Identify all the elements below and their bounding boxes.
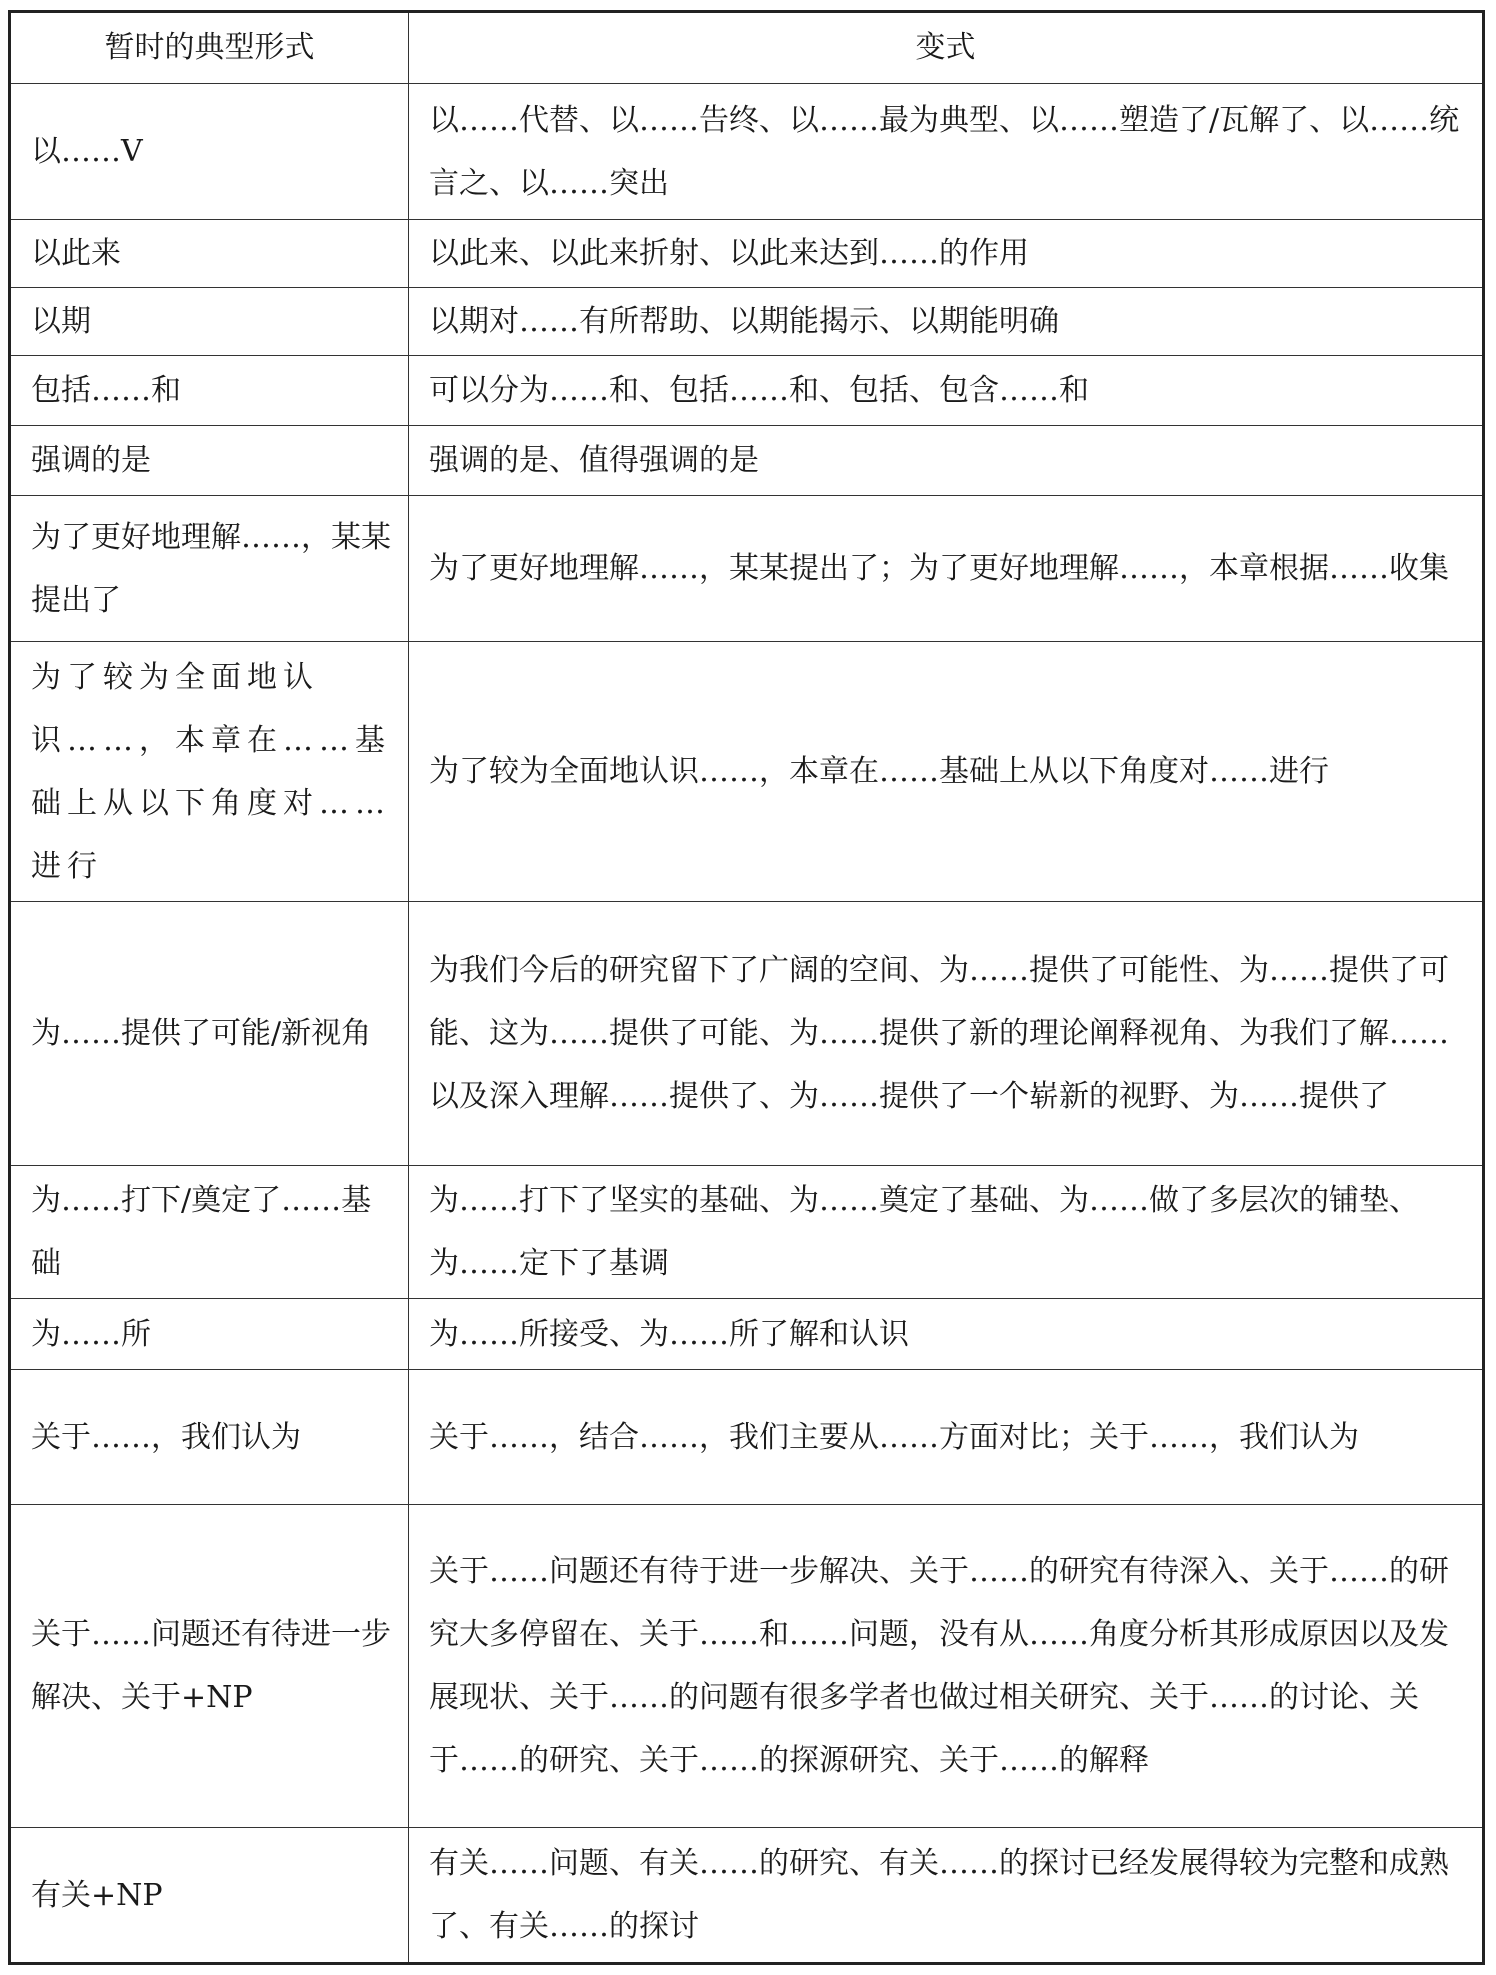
variants-cell: 为……打下了坚实的基础、为……奠定了基础、为……做了多层次的铺垫、为……定下了基… [409, 1166, 1484, 1299]
table-row: 强调的是 强调的是、值得强调的是 [10, 426, 1484, 496]
typical-form-cell: 关于……问题还有待进一步解决、关于+NP [10, 1505, 409, 1828]
variants-cell: 以……代替、以……告终、以……最为典型、以……塑造了/瓦解了、以……统言之、以…… [409, 84, 1484, 220]
typical-form-cell: 以此来 [10, 220, 409, 288]
variants-cell: 以期对……有所帮助、以期能揭示、以期能明确 [409, 288, 1484, 356]
typical-form-cell: 以……V [10, 84, 409, 220]
header-variants: 变式 [409, 12, 1484, 84]
typical-form-cell: 为……提供了可能/新视角 [10, 902, 409, 1166]
table-row: 以……V 以……代替、以……告终、以……最为典型、以……塑造了/瓦解了、以……统… [10, 84, 1484, 220]
variants-cell: 关于……问题还有待于进一步解决、关于……的研究有待深入、关于……的研究大多停留在… [409, 1505, 1484, 1828]
variants-cell: 关于……，结合……，我们主要从……方面对比；关于……，我们认为 [409, 1370, 1484, 1505]
variants-cell: 强调的是、值得强调的是 [409, 426, 1484, 496]
table-header-row: 暂时的典型形式 变式 [10, 12, 1484, 84]
variants-cell: 以此来、以此来折射、以此来达到……的作用 [409, 220, 1484, 288]
table-row: 包括……和 可以分为……和、包括……和、包括、包含……和 [10, 356, 1484, 426]
typical-form-cell: 以期 [10, 288, 409, 356]
variants-cell: 为了较为全面地认识……，本章在……基础上从以下角度对……进行 [409, 642, 1484, 902]
typical-form-cell: 为了较为全面地认识……，本章在……基础上从以下角度对……进行 [10, 642, 409, 902]
table-row: 为……打下/奠定了……基础 为……打下了坚实的基础、为……奠定了基础、为……做了… [10, 1166, 1484, 1299]
variants-cell: 为了更好地理解……，某某提出了；为了更好地理解……，本章根据……收集 [409, 496, 1484, 642]
table-row: 为……所 为……所接受、为……所了解和认识 [10, 1299, 1484, 1370]
variants-cell: 有关……问题、有关……的研究、有关……的探讨已经发展得较为完整和成熟了、有关……… [409, 1828, 1484, 1964]
typical-form-cell: 强调的是 [10, 426, 409, 496]
table-row: 为……提供了可能/新视角 为我们今后的研究留下了广阔的空间、为……提供了可能性、… [10, 902, 1484, 1166]
header-typical-form: 暂时的典型形式 [10, 12, 409, 84]
typical-form-cell: 有关+NP [10, 1828, 409, 1964]
expression-variants-table: 暂时的典型形式 变式 以……V 以……代替、以……告终、以……最为典型、以……塑… [8, 10, 1485, 1965]
typical-form-cell: 包括……和 [10, 356, 409, 426]
table-row: 关于……问题还有待进一步解决、关于+NP 关于……问题还有待于进一步解决、关于…… [10, 1505, 1484, 1828]
typical-form-cell: 关于……，我们认为 [10, 1370, 409, 1505]
table-row: 以期 以期对……有所帮助、以期能揭示、以期能明确 [10, 288, 1484, 356]
table-row: 为了更好地理解……，某某提出了 为了更好地理解……，某某提出了；为了更好地理解…… [10, 496, 1484, 642]
typical-form-cell: 为了更好地理解……，某某提出了 [10, 496, 409, 642]
table-row: 有关+NP 有关……问题、有关……的研究、有关……的探讨已经发展得较为完整和成熟… [10, 1828, 1484, 1964]
typical-form-cell: 为……所 [10, 1299, 409, 1370]
table-row: 关于……，我们认为 关于……，结合……，我们主要从……方面对比；关于……，我们认… [10, 1370, 1484, 1505]
table-row: 以此来 以此来、以此来折射、以此来达到……的作用 [10, 220, 1484, 288]
table-row: 为了较为全面地认识……，本章在……基础上从以下角度对……进行 为了较为全面地认识… [10, 642, 1484, 902]
variants-cell: 可以分为……和、包括……和、包括、包含……和 [409, 356, 1484, 426]
variants-cell: 为我们今后的研究留下了广阔的空间、为……提供了可能性、为……提供了可能、这为……… [409, 902, 1484, 1166]
typical-form-cell: 为……打下/奠定了……基础 [10, 1166, 409, 1299]
variants-cell: 为……所接受、为……所了解和认识 [409, 1299, 1484, 1370]
